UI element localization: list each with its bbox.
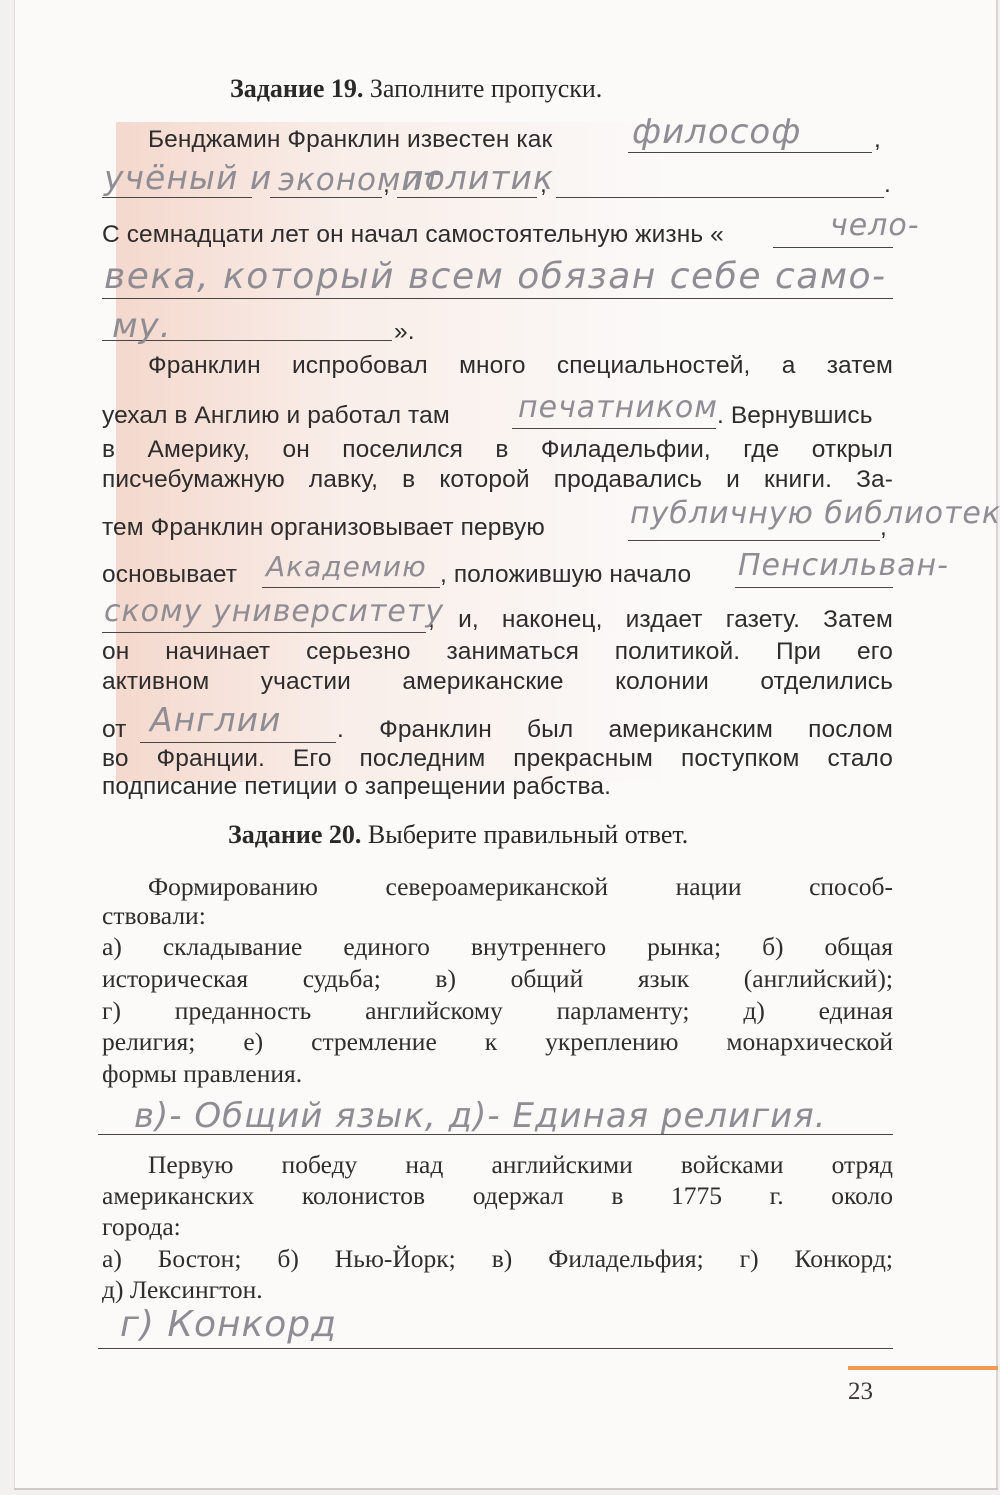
word: наконец, <box>502 606 603 634</box>
task19-line-1: Бенджамин Франклин известен как <box>148 126 552 154</box>
word: послом <box>808 716 893 744</box>
word: а <box>782 352 796 380</box>
word: и, <box>458 606 479 634</box>
word: стало <box>827 745 893 773</box>
handwritten-answer: печатником <box>518 390 718 425</box>
word: лавку, <box>309 466 378 494</box>
word: (английский); <box>744 964 893 994</box>
word: Его <box>293 745 332 773</box>
word: над <box>405 1150 443 1180</box>
word: историческая <box>102 964 248 994</box>
word: где <box>743 436 779 464</box>
word: открыл <box>812 436 893 464</box>
task20-q2-line-3: города: <box>102 1212 181 1242</box>
word: стремление <box>311 1027 437 1057</box>
word: был <box>527 716 573 744</box>
handwritten-answer: политик <box>402 158 554 197</box>
word: судьба; <box>303 964 381 994</box>
word: в) <box>435 964 456 994</box>
word: поселился <box>342 436 463 464</box>
word: Первую <box>148 1150 233 1180</box>
punct: . <box>884 171 891 199</box>
word: прекрасным <box>513 745 653 773</box>
task19-p2-line-10: от <box>102 716 127 744</box>
word: английскими <box>491 1150 632 1180</box>
task19-p2-line-7: ,и,наконец,издаетгазету.Затем <box>428 606 893 634</box>
answer-line-q2[interactable] <box>98 1348 893 1349</box>
word: парламенту; <box>557 996 690 1026</box>
handwritten-answer: Англии <box>150 700 281 739</box>
task20-q1-option-line: а)складываниеединоговнутреннегорынка;б)о… <box>102 932 893 962</box>
handwritten-answer: скому университету <box>104 594 444 629</box>
word: а) <box>102 1244 122 1274</box>
word: он <box>283 436 310 464</box>
word: газету. <box>726 606 800 634</box>
word: его <box>857 638 893 666</box>
word: . <box>337 716 344 744</box>
handwritten-answer: века, который всем обязан себе само- <box>104 256 887 297</box>
task20-q1-line-1: Формированиюсевероамериканскойнацииспосо… <box>148 872 893 902</box>
word: английскому <box>365 996 503 1026</box>
word: в) <box>492 1244 513 1274</box>
word: нации <box>676 872 742 902</box>
punct: ». <box>394 318 415 346</box>
word: Конкорд; <box>795 1244 893 1274</box>
word: преданность <box>175 996 311 1026</box>
word: победу <box>282 1150 358 1180</box>
word: которой <box>439 466 529 494</box>
text: , положившую начало <box>440 561 691 589</box>
word: религия; <box>102 1027 195 1057</box>
word: войсками <box>681 1150 784 1180</box>
task19-p2-line-11: воФранции.Егопоследнимпрекраснымпоступко… <box>102 745 893 773</box>
handwritten-answer: Академию <box>266 550 427 583</box>
text: . Вернувшись <box>717 402 873 430</box>
word: колонистов <box>302 1181 425 1211</box>
word: Нью-Йорк; <box>335 1244 456 1274</box>
word: начинает <box>165 638 270 666</box>
task19-p2-line-3: вАмерику,онпоселилсявФиладельфии,гдеоткр… <box>102 436 893 464</box>
text: тем Франклин организовывает первую <box>102 514 545 541</box>
word: писчебумажную <box>102 466 285 494</box>
word: Бостон; <box>158 1244 242 1274</box>
word: способ- <box>809 872 893 902</box>
word: и <box>726 466 740 494</box>
handwritten-answer: г) Конкорд <box>120 1304 337 1345</box>
word: Франции. <box>157 745 265 773</box>
word: последним <box>360 745 486 773</box>
word: североамериканской <box>385 872 608 902</box>
word: Затем <box>823 606 893 634</box>
task20-heading: Задание 20. Выберите правильный ответ. <box>228 820 688 850</box>
word: около <box>831 1181 893 1211</box>
word: б) <box>277 1244 298 1274</box>
task19-instruction: Заполните пропуски. <box>363 74 602 103</box>
text: С семнадцати лет он начал самостоятельну… <box>102 221 724 248</box>
word: единая <box>819 996 893 1026</box>
word: одержал <box>473 1181 564 1211</box>
word: во <box>102 745 129 773</box>
word: рынка; <box>647 932 721 962</box>
word: г) <box>740 1244 759 1274</box>
word: издает <box>626 606 703 634</box>
word: отделились <box>760 668 893 696</box>
word: политикой. <box>615 638 740 666</box>
task19-p2-line-9: активномучастииамериканскиеколонииотдели… <box>102 668 893 696</box>
task19-p2-line-10-end: .Франклинбыламериканскимпослом <box>337 716 893 744</box>
word: укреплению <box>545 1027 678 1057</box>
task20-q1-option-line: г)преданностьанглийскомупарламенту;д)еди… <box>102 996 893 1026</box>
task20-number: Задание 20. <box>228 820 361 849</box>
word: При <box>776 638 821 666</box>
handwritten-answer: публичную библиотеку <box>630 496 1000 531</box>
word: в <box>402 466 415 494</box>
task19-p2-line-12: подписание петиции о запрещении рабства. <box>102 773 611 801</box>
word: единого <box>343 932 430 962</box>
footer-accent-rule <box>848 1366 998 1370</box>
text: Бенджамин Франклин известен как <box>148 126 552 153</box>
answer-line-quote-2[interactable] <box>102 298 893 299</box>
page-number: 23 <box>848 1378 873 1406</box>
task20-q1-line-2: ствовали: <box>102 901 206 931</box>
word: к <box>485 1027 497 1057</box>
word: язык <box>638 964 689 994</box>
task19-p2-line-8: онначинаетсерьезнозаниматьсяполитикой.Пр… <box>102 638 893 666</box>
task19-p2-line-4: писчебумажнуюлавку,вкоторойпродавалисьик… <box>102 466 893 494</box>
task19-number: Задание 19. <box>230 74 363 103</box>
task19-p2-line-6: основывает <box>102 561 237 589</box>
word: б) <box>762 932 783 962</box>
word: а) <box>102 932 122 962</box>
word: американские <box>402 668 563 696</box>
word: американских <box>102 1181 254 1211</box>
handwritten-answer: философ <box>632 112 801 152</box>
word: внутреннего <box>471 932 606 962</box>
word: монархической <box>726 1027 893 1057</box>
word: складывание <box>163 932 303 962</box>
text: от <box>102 716 127 743</box>
task20-q1-option-line: религия;е)стремлениекукреплениюмонархиче… <box>102 1027 893 1057</box>
word: он <box>102 638 129 666</box>
task20-q1-option-line: формы правления. <box>102 1059 302 1089</box>
text: уехал в Англию и работал там <box>102 402 450 429</box>
word: г) <box>102 996 121 1026</box>
handwritten-answer: в)- Общий язык, д)- Единая религия. <box>134 1096 826 1136</box>
word: серьезно <box>306 638 411 666</box>
word: книги. <box>764 466 832 494</box>
word: в <box>102 436 115 464</box>
word: Формированию <box>148 872 318 902</box>
task20-q1-option-line: историческаясудьба;в)общийязык(английски… <box>102 964 893 994</box>
task20-q2-option-line: д) Лексингтон. <box>102 1275 263 1305</box>
word: участии <box>261 668 351 696</box>
word: в <box>611 1181 623 1211</box>
word: испробовал <box>292 352 428 380</box>
task19-p2-line-2: уехал в Англию и работал там <box>102 402 450 430</box>
word: За- <box>856 466 893 494</box>
word: 1775 <box>671 1181 722 1211</box>
word: заниматься <box>446 638 579 666</box>
word: д) <box>743 996 764 1026</box>
word: много <box>459 352 526 380</box>
word: Франклин <box>148 352 261 380</box>
answer-blank-known-as-5[interactable] <box>556 171 884 198</box>
word: отряд <box>832 1150 893 1180</box>
handwritten-answer: Пенсильван- <box>738 548 949 583</box>
task19-p2-line-1: Франклиниспробовалмногоспециальностей,аз… <box>148 352 893 380</box>
task20-q2-option-line: а)Бостон;б)Нью-Йорк;в)Филадельфия;г)Конк… <box>102 1244 893 1274</box>
word: американским <box>608 716 773 744</box>
word: г. <box>770 1181 784 1211</box>
word: затем <box>827 352 893 380</box>
task20-q2-line-1: Первуюпобедунаданглийскимивойскамиотряд <box>148 1150 893 1180</box>
word: Филадельфии, <box>541 436 711 464</box>
word: продавались <box>554 466 702 494</box>
word: е) <box>243 1027 263 1057</box>
task20-q2-line-2: американскихколонистоводержалв1775г.окол… <box>102 1181 893 1211</box>
word: Америку, <box>148 436 251 464</box>
word: поступком <box>681 745 800 773</box>
word: Франклин <box>379 716 492 744</box>
word: общий <box>511 964 584 994</box>
handwritten-answer: учёный и <box>104 158 272 197</box>
task19-p2-line-5: тем Франклин организовывает первую <box>102 514 545 542</box>
task19-line-3: С семнадцати лет он начал самостоятельну… <box>102 221 724 249</box>
punct: , <box>874 126 881 154</box>
word: общая <box>825 932 893 962</box>
word: в <box>495 436 508 464</box>
word: Филадельфия; <box>548 1244 703 1274</box>
handwritten-answer: му. <box>112 306 172 346</box>
word: специальностей, <box>557 352 751 380</box>
task19-heading: Задание 19. Заполните пропуски. <box>230 74 602 104</box>
handwritten-answer: чело- <box>830 208 920 243</box>
task20-instruction: Выберите правильный ответ. <box>361 820 688 849</box>
text: основывает <box>102 561 237 588</box>
word: колонии <box>615 668 709 696</box>
word: активном <box>102 668 209 696</box>
